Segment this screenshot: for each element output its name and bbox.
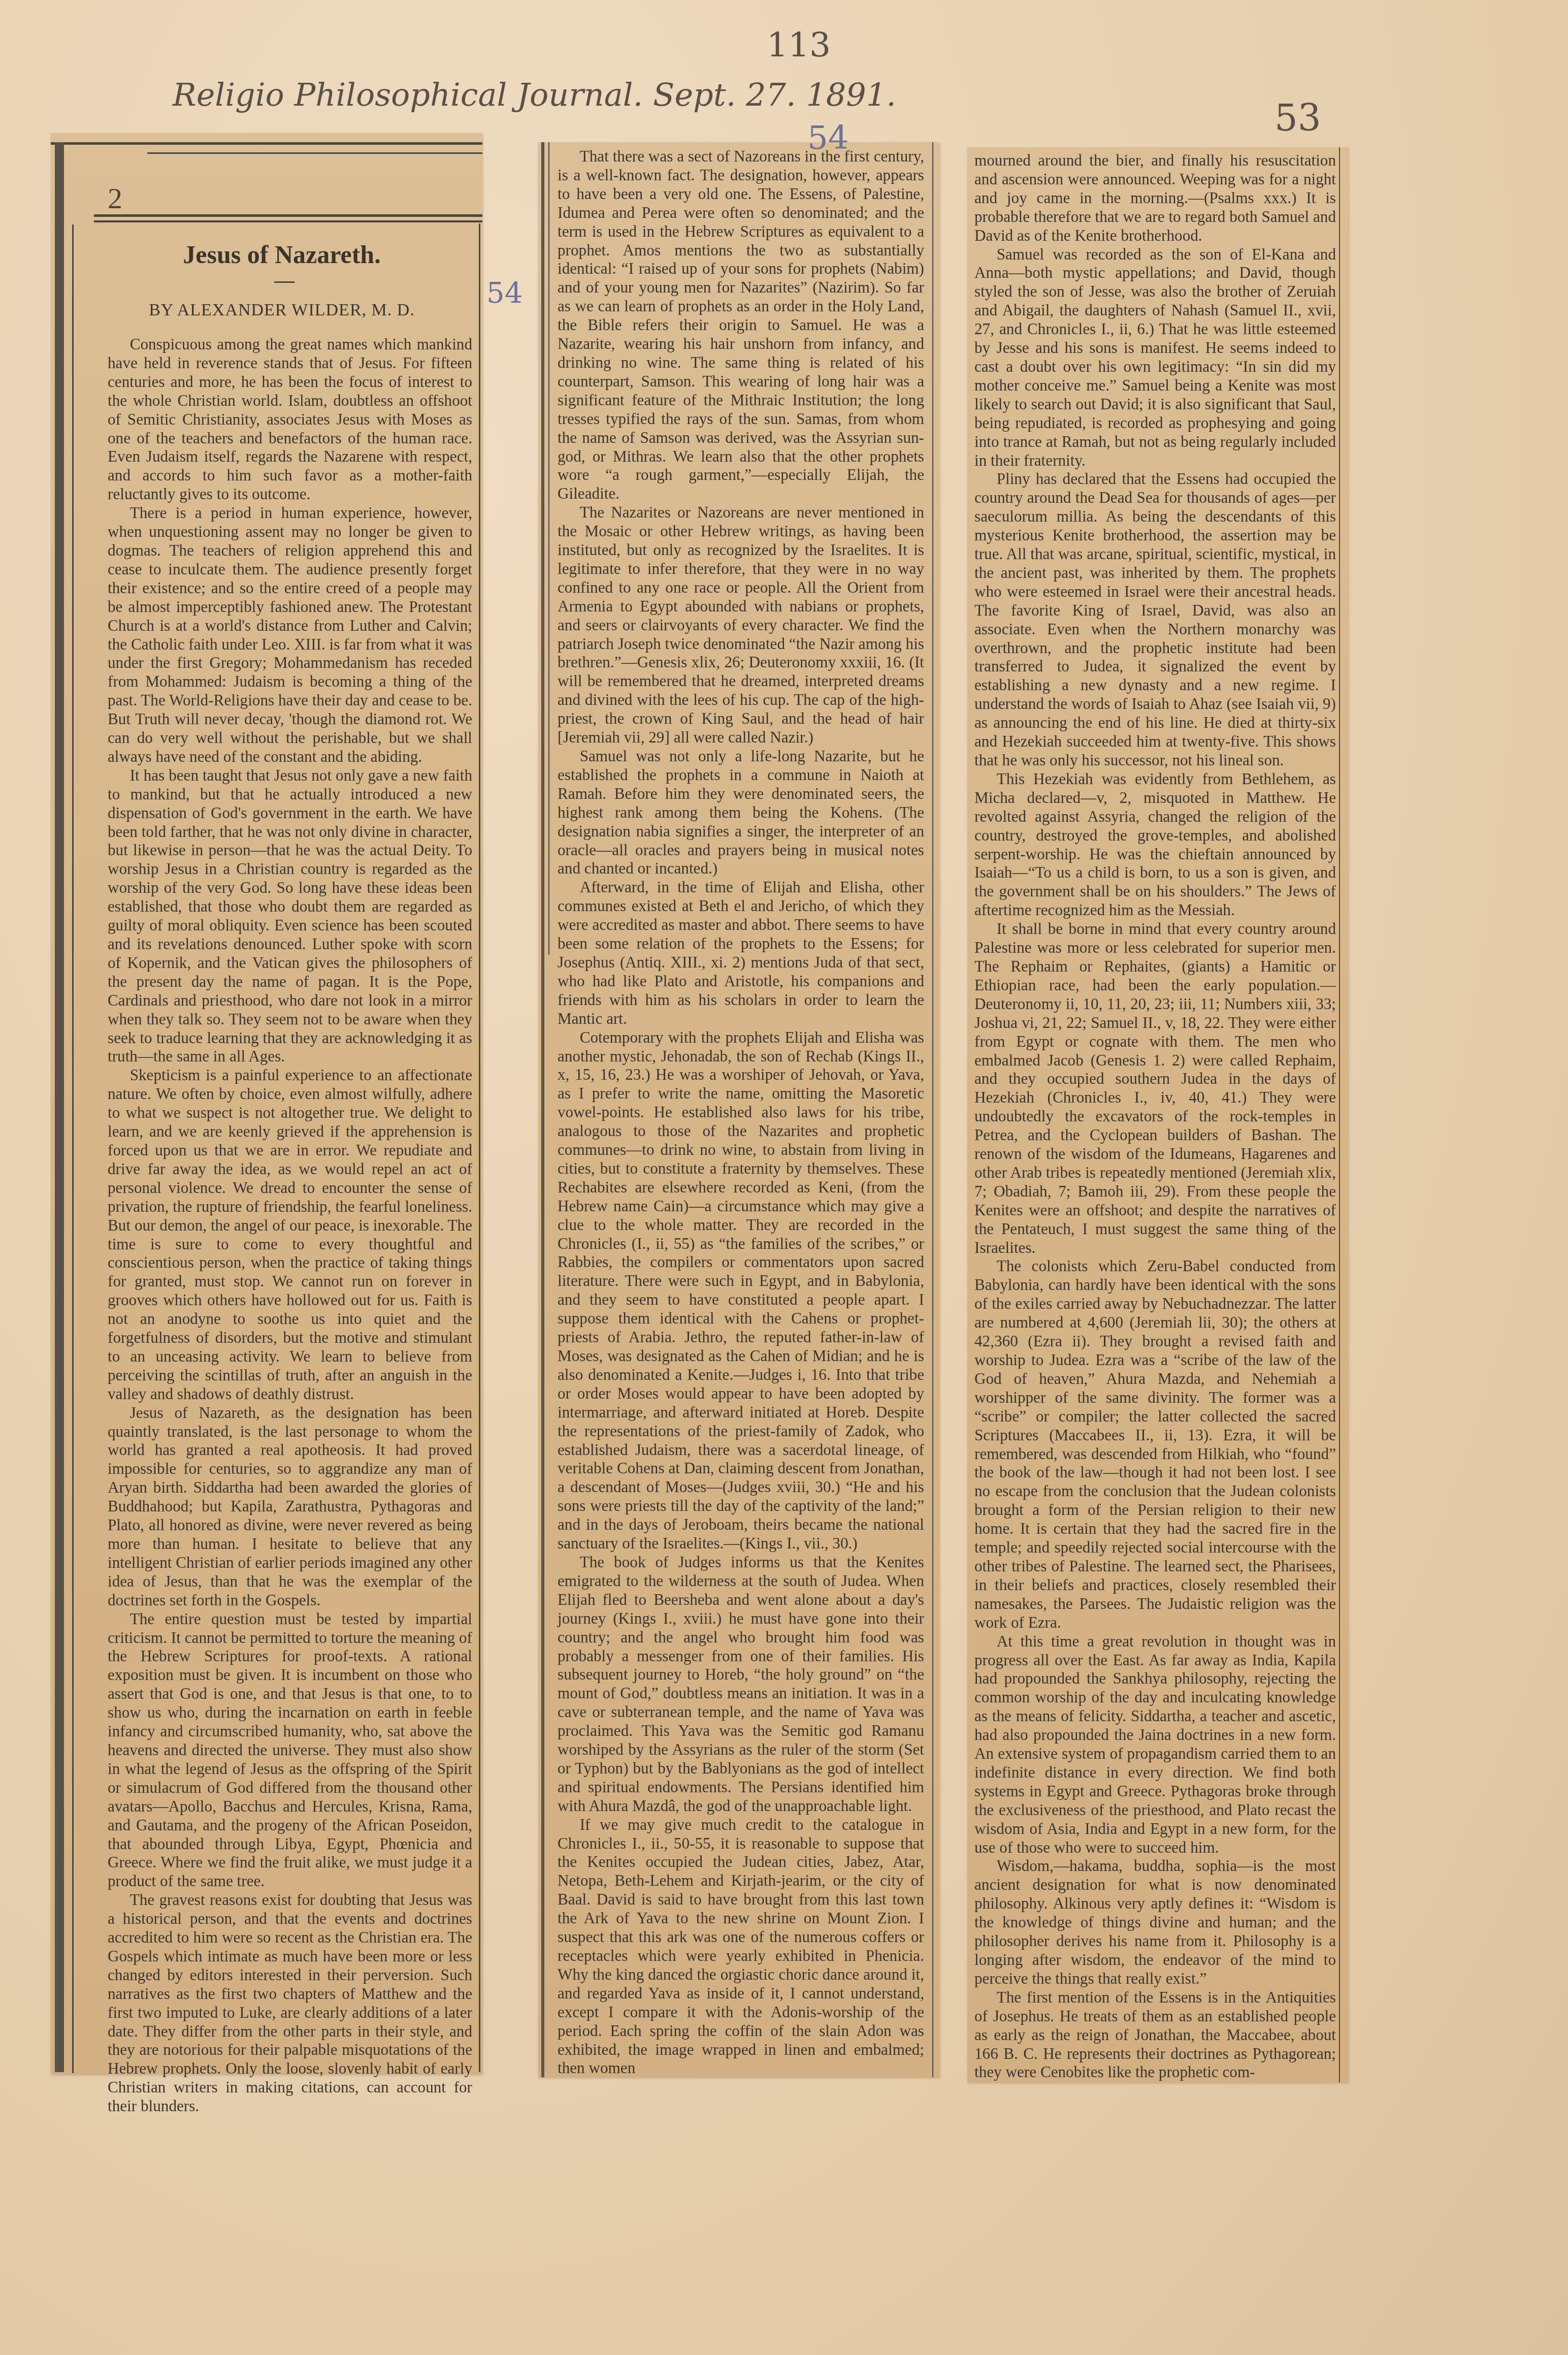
paragraph: The book of Judges informs us that the K…	[558, 1553, 924, 1816]
paragraph: Samuel was not only a life-long Nazarite…	[558, 747, 924, 878]
paragraph: It has been taught that Jesus not only g…	[108, 766, 472, 1067]
folio-number: 113	[767, 25, 831, 64]
paragraph: There is a period in human experience, h…	[108, 504, 472, 766]
clipping-number-blue-top: 54	[807, 119, 848, 157]
paragraph: Pliny has declared that the Essens had o…	[974, 470, 1336, 770]
header-rule-top-thin	[147, 152, 482, 154]
clipping-number-blue-left: 54	[486, 277, 522, 310]
paragraph: At this time a great revolution in thoug…	[974, 1632, 1336, 1857]
clipping-number-right: 53	[1275, 96, 1321, 139]
left-border-ornament	[55, 142, 64, 2072]
column-border-right	[479, 223, 480, 2072]
article-title: Jesus of Nazareth.	[81, 240, 482, 269]
paragraph: Wisdom,—hakama, buddha, sophia—is the mo…	[974, 1857, 1336, 1988]
left-column-clipping: 2 Jesus of Nazareth. BY ALEXANDER WILDER…	[51, 133, 482, 2074]
paragraph: The entire question must be tested by im…	[108, 1610, 472, 1891]
right-column-text: mourned around the bier, and finally his…	[974, 151, 1336, 2082]
paragraph: This Hezekiah was evidently from Bethleh…	[974, 770, 1336, 920]
paragraph: If we may give much credit to the catalo…	[558, 1816, 924, 2078]
middle-column-text: That there was a sect of Nazoreans in th…	[558, 147, 924, 2078]
left-border-inner	[72, 224, 74, 2073]
page-number: 2	[108, 181, 122, 215]
paragraph: Cotemporary with the prophets Elijah and…	[558, 1028, 924, 1553]
paragraph: Skepticism is a painful experience to an…	[108, 1066, 472, 1403]
byline: BY ALEXANDER WILDER, M. D.	[81, 301, 482, 320]
paragraph: That there was a sect of Nazoreans in th…	[558, 147, 924, 503]
column-border-right	[932, 142, 933, 2077]
paragraph: Conspicuous among the great names which …	[108, 335, 472, 504]
header-rule-top	[51, 142, 482, 145]
middle-column-clipping: That there was a sect of Nazoreans in th…	[538, 142, 939, 2077]
paragraph: Samuel was recorded as the son of El-Kan…	[974, 245, 1336, 470]
column-border-left	[541, 142, 544, 2077]
paragraph: mourned around the bier, and finally his…	[974, 151, 1336, 245]
paragraph: Jesus of Nazareth, as the designation ha…	[108, 1404, 472, 1610]
paragraph: The Nazarites or Nazoreans are never men…	[558, 503, 924, 747]
paragraph: The colonists which Zeru-Babel conducted…	[974, 1257, 1336, 1632]
title-dash	[274, 281, 295, 283]
paragraph: Afterward, in the time of Elijah and Eli…	[558, 878, 924, 1028]
paragraph: It shall be borne in mind that every cou…	[974, 920, 1336, 1257]
paragraph: The first mention of the Essens is in th…	[974, 1988, 1336, 2082]
column-border-right	[1339, 147, 1340, 2082]
column-border-left-inner	[548, 142, 549, 955]
paragraph: The gravest reasons exist for doubting t…	[108, 1891, 472, 2116]
right-column-clipping: mourned around the bier, and finally his…	[967, 147, 1348, 2082]
source-annotation: Religio Philosophical Journal. Sept. 27.…	[173, 76, 896, 113]
header-rule-double-1	[94, 214, 482, 217]
header-rule-double-2	[94, 220, 482, 222]
left-column-text: Conspicuous among the great names which …	[108, 335, 472, 2116]
